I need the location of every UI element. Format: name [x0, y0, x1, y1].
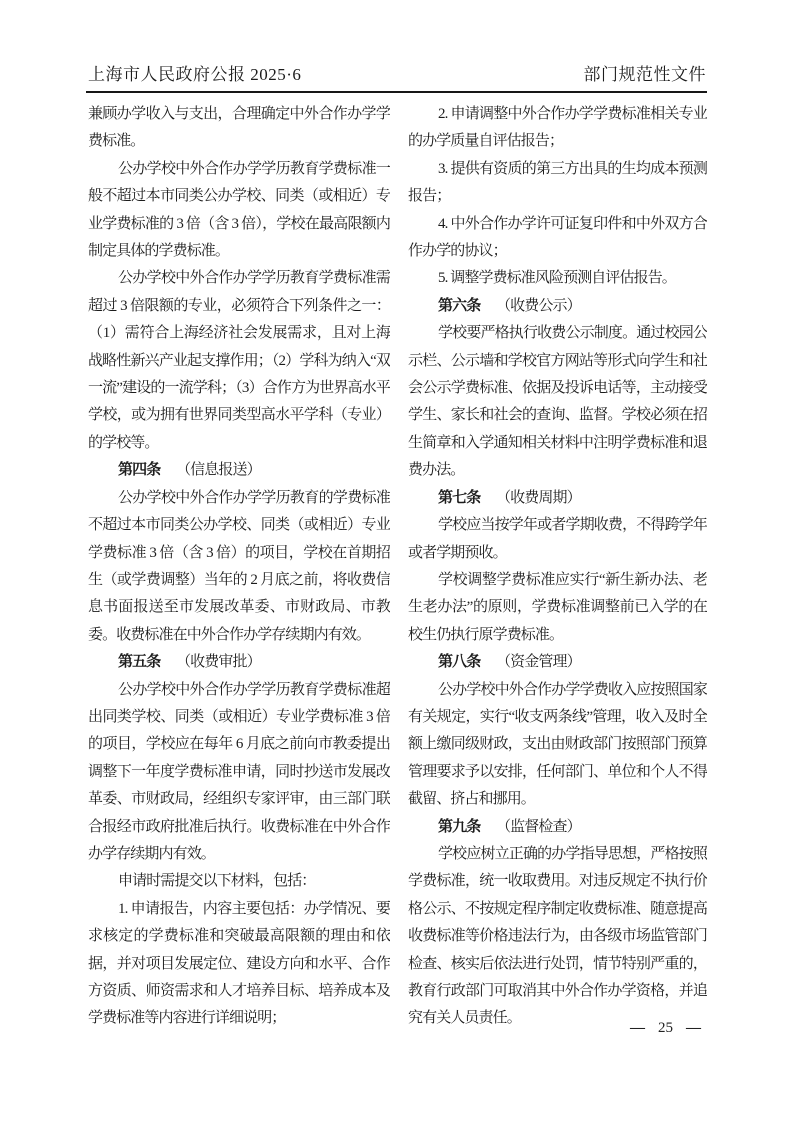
paragraph: 3. 提供有资质的第三方出具的生均成本预测报告；: [408, 156, 707, 211]
article-title: （收费周期）: [496, 490, 581, 506]
article-title: （收费审批）: [176, 654, 261, 670]
article-heading: 第六条（收费公示）: [408, 293, 707, 320]
document-body: 兼顾办学收入与支出，合理确定中外合作办学学费标准。 公办学校中外合作办学学历教育…: [88, 101, 707, 1033]
article-number: 第六条: [438, 298, 480, 314]
article-title: （收费公示）: [496, 298, 581, 314]
paragraph: 学校应树立正确的办学指导思想，严格按照学费标准，统一收取费用。对违反规定不执行价…: [408, 841, 707, 1033]
paragraph: 学校应当按学年或者学期收费，不得跨学年或者学期预收。: [408, 512, 707, 567]
article-number: 第七条: [438, 490, 480, 506]
gazette-page: 上海市人民政府公报 2025·6 部门规范性文件 兼顾办学收入与支出，合理确定中…: [0, 0, 793, 1122]
page-number-dash-right: —: [686, 1020, 701, 1037]
article-heading: 第八条（资金管理）: [408, 649, 707, 676]
paragraph: 5. 调整学费标准风险预测自评估报告。: [408, 265, 707, 292]
article-title: （信息报送）: [176, 462, 261, 478]
left-column: 兼顾办学收入与支出，合理确定中外合作办学学费标准。 公办学校中外合作办学学历教育…: [88, 101, 390, 1033]
page-number-value: 25: [658, 1020, 673, 1037]
page-number: — 25 —: [630, 1020, 701, 1037]
header-gazette-title: 上海市人民政府公报 2025·6: [88, 60, 301, 85]
page-header: 上海市人民政府公报 2025·6 部门规范性文件: [88, 60, 706, 85]
header-rule: [86, 91, 707, 93]
header-section-title: 部门规范性文件: [584, 60, 707, 85]
paragraph: 学校要严格执行收费公示制度。通过校园公示栏、公示墙和学校官方网站等形式向学生和社…: [408, 320, 707, 484]
article-number: 第九条: [438, 819, 480, 835]
paragraph: 公办学校中外合作办学学历教育学费标准一般不超过本市同类公办学校、同类（或相近）专…: [88, 156, 390, 266]
article-heading: 第四条（信息报送）: [88, 457, 390, 484]
paragraph: 公办学校中外合作办学学历教育学费标准超出同类学校、同类（或相近）专业学费标准 3…: [88, 677, 390, 869]
paragraph: 2. 申请调整中外合作办学学费标准相关专业的办学质量自评估报告；: [408, 101, 707, 156]
paragraph: 公办学校中外合作办学学历教育学费标准需超过 3 倍限额的专业，必须符合下列条件之…: [88, 265, 390, 457]
paragraph: 学校调整学费标准应实行“新生新办法、老生老办法”的原则，学费标准调整前已入学的在…: [408, 567, 707, 649]
paragraph: 4. 中外合作办学许可证复印件和中外双方合作办学的协议；: [408, 211, 707, 266]
paragraph: 兼顾办学收入与支出，合理确定中外合作办学学费标准。: [88, 101, 390, 156]
page-number-dash-left: —: [630, 1020, 645, 1037]
article-number: 第四条: [118, 462, 160, 478]
article-title: （资金管理）: [496, 654, 581, 670]
article-heading: 第七条（收费周期）: [408, 485, 707, 512]
article-heading: 第五条（收费审批）: [88, 649, 390, 676]
paragraph: 公办学校中外合作办学学历教育的学费标准不超过本市同类公办学校、同类（或相近）专业…: [88, 485, 390, 649]
article-heading: 第九条（监督检查）: [408, 814, 707, 841]
paragraph: 申请时需提交以下材料，包括：: [88, 868, 390, 895]
article-title: （监督检查）: [496, 819, 581, 835]
article-number: 第八条: [438, 654, 480, 670]
article-number: 第五条: [118, 654, 160, 670]
paragraph: 公办学校中外合作办学学费收入应按照国家有关规定，实行“收支两条线”管理，收入及时…: [408, 677, 707, 814]
paragraph: 1. 申请报告，内容主要包括：办学情况、要求核定的学费标准和突破最高限额的理由和…: [88, 896, 390, 1033]
right-column: 2. 申请调整中外合作办学学费标准相关专业的办学质量自评估报告； 3. 提供有资…: [408, 101, 707, 1033]
